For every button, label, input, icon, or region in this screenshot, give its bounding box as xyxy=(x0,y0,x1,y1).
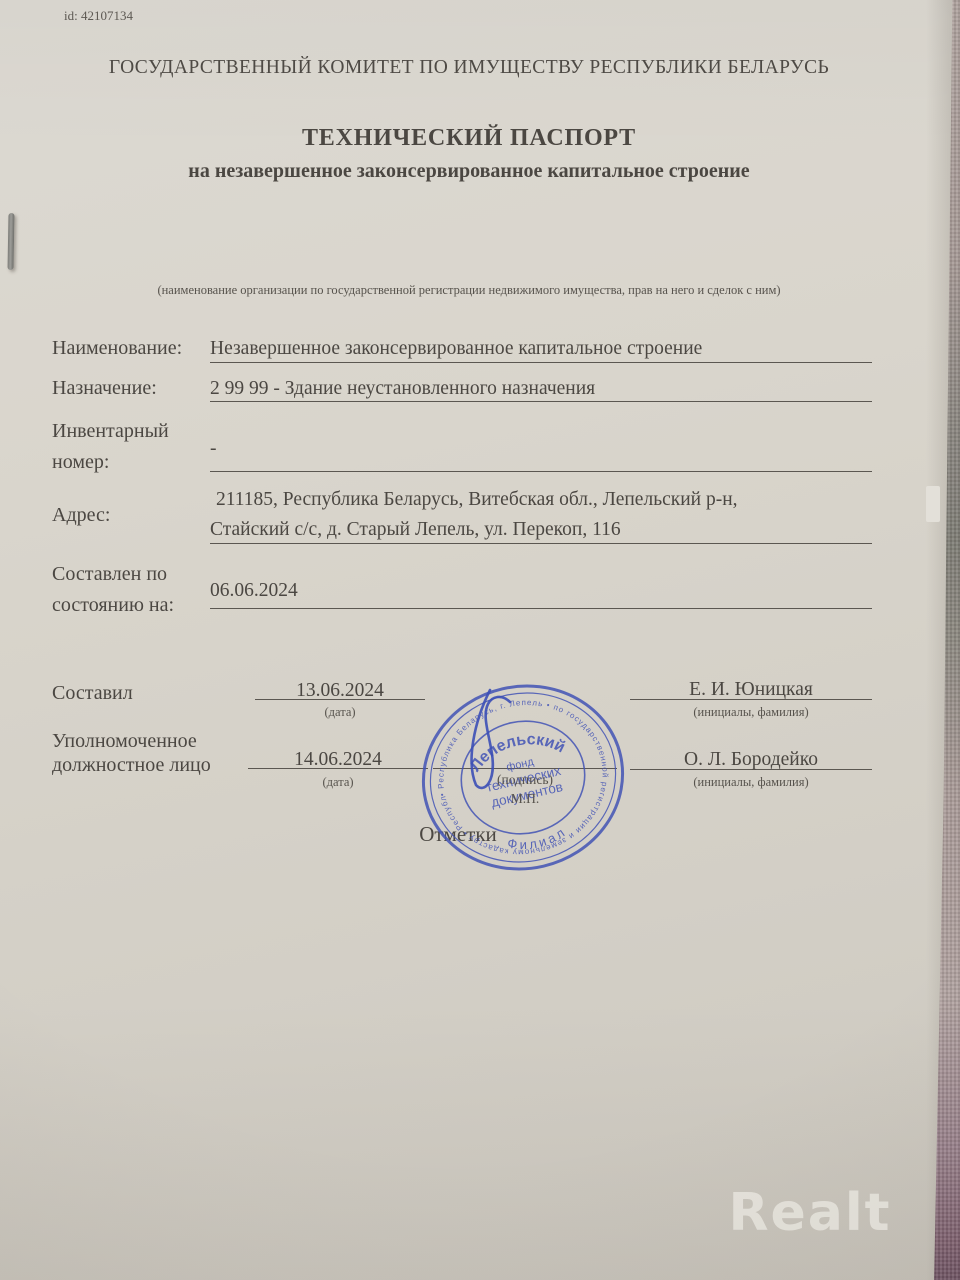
staple xyxy=(8,213,15,270)
field-address-value-line1: 211185, Республика Беларусь, Витебская о… xyxy=(216,489,878,511)
signature-compiled-name-caption: (инициалы, фамилия) xyxy=(630,705,872,720)
field-asof-label-line1: Составлен по xyxy=(52,563,167,586)
field-purpose-label: Назначение: xyxy=(52,377,157,400)
document-subtitle: на незавершенное законсервированное капи… xyxy=(0,160,938,183)
signature-authorized-role-line2: должностное лицо xyxy=(52,754,211,777)
field-purpose-value: 2 99 99 - Здание неустановленного назнач… xyxy=(210,378,872,402)
signature-compiled-name: Е. И. Юницкая xyxy=(630,679,872,700)
document-title: ТЕХНИЧЕСКИЙ ПАСПОРТ xyxy=(0,125,938,152)
field-name-value: Незавершенное законсервированное капитал… xyxy=(210,338,872,363)
field-inventory-label-line1: Инвентарный xyxy=(52,420,169,443)
signature-authorized-role-line1: Уполномоченное xyxy=(52,730,197,753)
field-name-label: Наименование: xyxy=(52,337,182,360)
field-address-label: Адрес: xyxy=(52,504,110,527)
paper-sheet xyxy=(0,0,960,1280)
committee-header: ГОСУДАРСТВЕННЫЙ КОМИТЕТ ПО ИМУЩЕСТВУ РЕС… xyxy=(0,57,938,79)
field-asof-label-line2: состоянию на: xyxy=(52,594,174,617)
field-asof-value: 06.06.2024 xyxy=(210,580,872,609)
photo-id-label: id: 42107134 xyxy=(64,8,133,24)
field-inventory-label-line2: номер: xyxy=(52,451,109,474)
signature-authorized-date: 14.06.2024 xyxy=(248,749,428,769)
signature-compiled-date: 13.06.2024 xyxy=(255,680,425,700)
signature-authorized-name-caption: (инициалы, фамилия) xyxy=(630,775,872,790)
field-address-value-line2: Стайский с/с, д. Старый Лепель, ул. Пере… xyxy=(210,519,872,544)
signature-authorized-name: О. Л. Бородейко xyxy=(630,749,872,770)
signature-authorized-date-caption: (дата) xyxy=(248,775,428,790)
field-inventory-value: - xyxy=(210,438,872,472)
realt-watermark: Realt xyxy=(700,1183,920,1243)
organization-caption: (наименование организации по государстве… xyxy=(0,283,938,298)
handwritten-signature xyxy=(452,682,542,807)
paper-edge-notch xyxy=(926,486,940,522)
signature-compiled-role: Составил xyxy=(52,682,133,705)
